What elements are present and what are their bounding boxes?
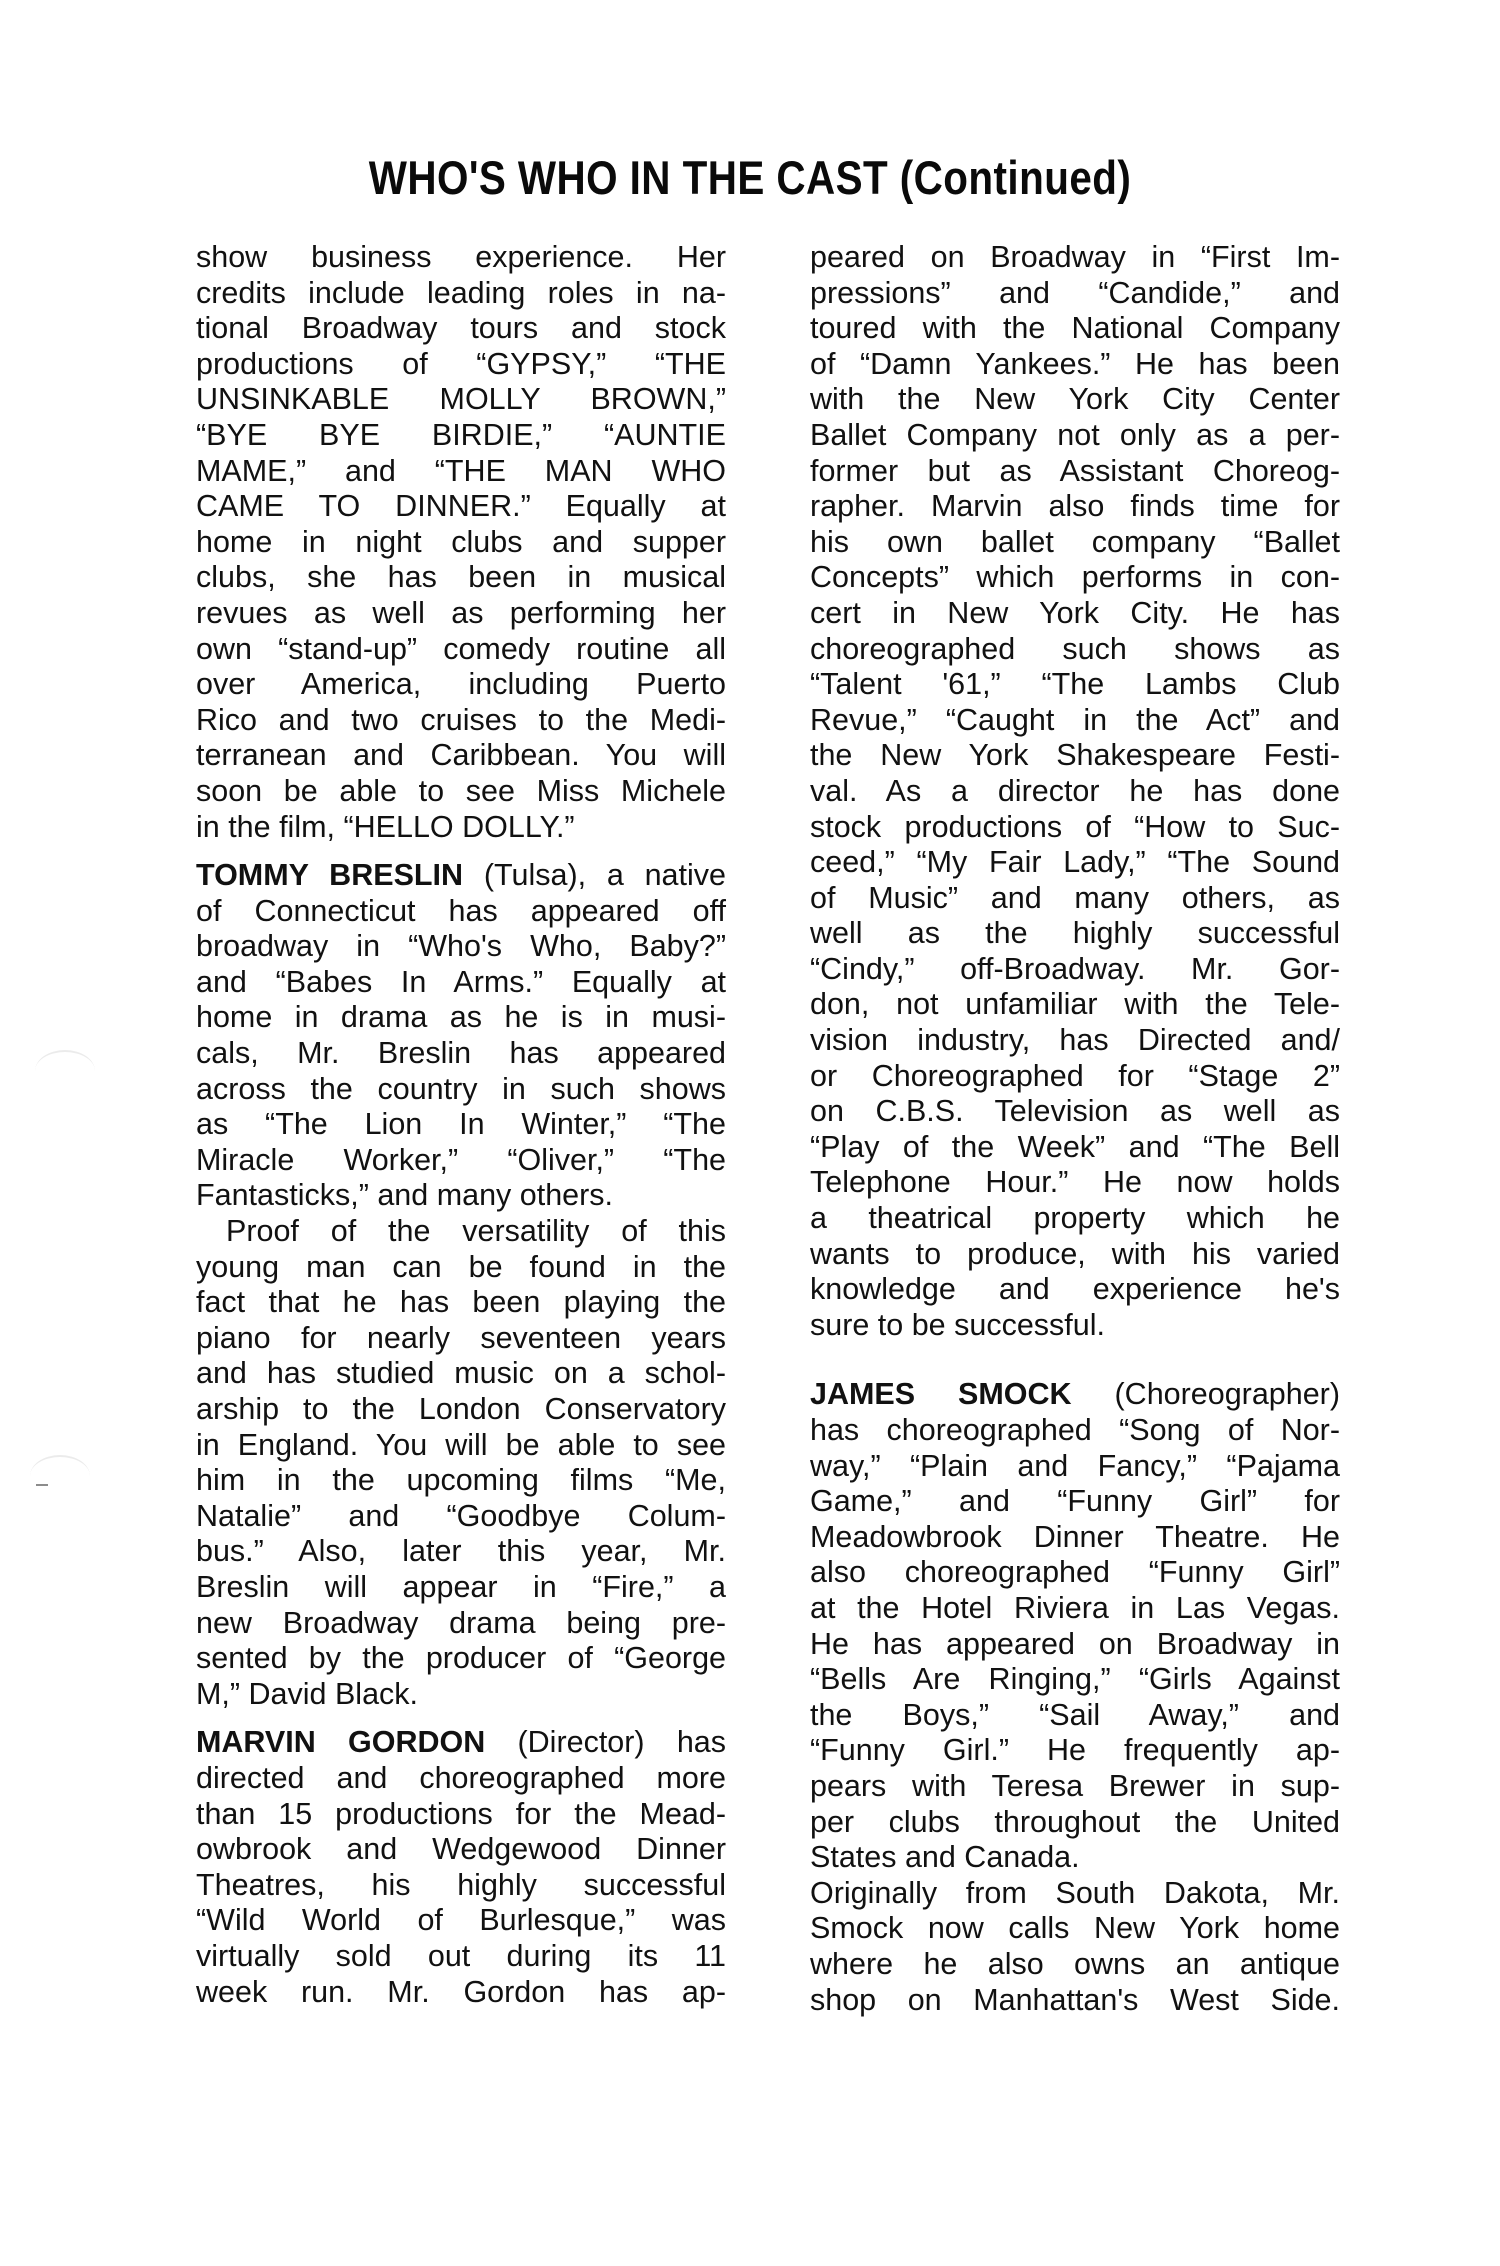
text-line: of Connecticut has appeared off [196, 894, 726, 930]
text-line: way,” “Plain and Fancy,” “Pajama [810, 1449, 1340, 1485]
text-line: tional Broadway tours and stock [196, 311, 726, 347]
smock-bio: JAMES SMOCK (Choreographer) has choreogr… [810, 1377, 1340, 2018]
text-line: his own ballet company “Ballet [810, 525, 1340, 561]
text-line: where he also owns an antique [810, 1947, 1340, 1983]
text-line: Fantasticks,” and many others. [196, 1178, 726, 1214]
text-line: show business experience. Her [196, 240, 726, 276]
text-line: with the New York City Center [810, 382, 1340, 418]
text-line: as “The Lion In Winter,” “The [196, 1107, 726, 1143]
cast-role: (Tulsa), a native [484, 858, 726, 892]
text-line: Game,” and “Funny Girl” for [810, 1484, 1340, 1520]
scan-artifact [36, 1484, 48, 1486]
text-line: arship to the London Conservatory [196, 1392, 726, 1428]
text-line: new Broadway drama being pre- [196, 1606, 726, 1642]
text-line: “Cindy,” off-Broadway. Mr. Gor- [810, 952, 1340, 988]
text-line: fact that he has been playing the [196, 1285, 726, 1321]
text-line: in the film, “HELLO DOLLY.” [196, 810, 726, 846]
text-line: has choreographed “Song of Nor- [810, 1413, 1340, 1449]
cast-role: (Director) has [518, 1725, 727, 1759]
text-line: terranean and Caribbean. You will [196, 738, 726, 774]
punch-hole-mark [35, 1050, 95, 1092]
text-line: “Play of the Week” and “The Bell [810, 1130, 1340, 1166]
text-line: Ballet Company not only as a per- [810, 418, 1340, 454]
left-column: show business experience. Her credits in… [196, 240, 726, 2010]
gordon-bio-continued: peared on Broadway in “First Im- pressio… [810, 240, 1340, 1343]
text-line: MAME,” and “THE MAN WHO [196, 454, 726, 490]
text-line: cert in New York City. He has [810, 596, 1340, 632]
cast-role: (Choreographer) [1115, 1377, 1340, 1411]
text-line: well as the highly successful [810, 916, 1340, 952]
text-line: He has appeared on Broadway in [810, 1627, 1340, 1663]
text-line: sented by the producer of “George [196, 1641, 726, 1677]
text-line: clubs, she has been in musical [196, 560, 726, 596]
text-line: cals, Mr. Breslin has appeared [196, 1036, 726, 1072]
text-line: own “stand-up” comedy routine all [196, 632, 726, 668]
text-line: broadway in “Who's Who, Baby?” [196, 929, 726, 965]
bio-first-line: JAMES SMOCK (Choreographer) [810, 1377, 1340, 1413]
text-line: over America, including Puerto [196, 667, 726, 703]
bio-first-line: MARVIN GORDON (Director) has [196, 1725, 726, 1761]
cast-name: TOMMY BRESLIN [196, 858, 463, 892]
text-line: Meadowbrook Dinner Theatre. He [810, 1520, 1340, 1556]
text-line: week run. Mr. Gordon has ap- [196, 1975, 726, 2011]
text-line: of “Damn Yankees.” He has been [810, 347, 1340, 383]
text-line: him in the upcoming films “Me, [196, 1463, 726, 1499]
text-line: on C.B.S. Television as well as [810, 1094, 1340, 1130]
cast-name: MARVIN GORDON [196, 1725, 485, 1759]
text-line: revues as well as performing her [196, 596, 726, 632]
text-line: Theatres, his highly successful [196, 1868, 726, 1904]
text-line: Telephone Hour.” He now holds [810, 1165, 1340, 1201]
gordon-bio: MARVIN GORDON (Director) has directed an… [196, 1725, 726, 2010]
text-line: Miracle Worker,” “Oliver,” “The [196, 1143, 726, 1179]
text-line: toured with the National Company [810, 311, 1340, 347]
punch-hole-mark [30, 1455, 90, 1497]
text-line: also choreographed “Funny Girl” [810, 1555, 1340, 1591]
text-line: of Music” and many others, as [810, 881, 1340, 917]
page-title: WHO'S WHO IN THE CAST (Continued) [105, 150, 1395, 205]
text-line: ceed,” “My Fair Lady,” “The Sound [810, 845, 1340, 881]
text-line: Originally from South Dakota, Mr. [810, 1876, 1340, 1912]
text-line: wants to produce, with his varied [810, 1237, 1340, 1273]
text-line: knowledge and experience he's [810, 1272, 1340, 1308]
text-line: young man can be found in the [196, 1250, 726, 1286]
text-line: M,” David Black. [196, 1677, 726, 1713]
text-line: home in night clubs and supper [196, 525, 726, 561]
text-line: bus.” Also, later this year, Mr. [196, 1534, 726, 1570]
text-line: pears with Teresa Brewer in sup- [810, 1769, 1340, 1805]
text-line: per clubs throughout the United [810, 1805, 1340, 1841]
text-line: credits include leading roles in na- [196, 276, 726, 312]
text-line: or Choreographed for “Stage 2” [810, 1059, 1340, 1095]
text-line: across the country in such shows [196, 1072, 726, 1108]
text-line: UNSINKABLE MOLLY BROWN,” [196, 382, 726, 418]
text-line: sure to be successful. [810, 1308, 1340, 1344]
text-line: don, not unfamiliar with the Tele- [810, 987, 1340, 1023]
cast-name: JAMES SMOCK [810, 1377, 1072, 1411]
text-line: home in drama as he is in musi- [196, 1000, 726, 1036]
text-line: “Wild World of Burlesque,” was [196, 1903, 726, 1939]
text-line: “BYE BYE BIRDIE,” “AUNTIE [196, 418, 726, 454]
text-line: Breslin will appear in “Fire,” a [196, 1570, 726, 1606]
text-line: val. As a director he has done [810, 774, 1340, 810]
text-line: shop on Manhattan's West Side. [810, 1983, 1340, 2019]
text-line: the New York Shakespeare Festi- [810, 738, 1340, 774]
text-line: Smock now calls New York home [810, 1911, 1340, 1947]
text-line: stock productions of “How to Suc- [810, 810, 1340, 846]
michele-bio-continued: show business experience. Her credits in… [196, 240, 726, 845]
text-line: “Bells Are Ringing,” “Girls Against [810, 1662, 1340, 1698]
text-line: Proof of the versatility of this [196, 1214, 726, 1250]
text-line: “Funny Girl.” He frequently ap- [810, 1733, 1340, 1769]
text-line: rapher. Marvin also finds time for [810, 489, 1340, 525]
text-line: owbrook and Wedgewood Dinner [196, 1832, 726, 1868]
text-line: in England. You will be able to see [196, 1428, 726, 1464]
text-line: “Talent '61,” “The Lambs Club [810, 667, 1340, 703]
text-line: former but as Assistant Choreog- [810, 454, 1340, 490]
text-line: States and Canada. [810, 1840, 1340, 1876]
text-line: choreographed such shows as [810, 632, 1340, 668]
text-line: Revue,” “Caught in the Act” and [810, 703, 1340, 739]
text-line: piano for nearly seventeen years [196, 1321, 726, 1357]
text-line: and “Babes In Arms.” Equally at [196, 965, 726, 1001]
text-line: vision industry, has Directed and/ [810, 1023, 1340, 1059]
text-line: a theatrical property which he [810, 1201, 1340, 1237]
bio-first-line: TOMMY BRESLIN (Tulsa), a native [196, 858, 726, 894]
text-line: virtually sold out during its 11 [196, 1939, 726, 1975]
text-line: Rico and two cruises to the Medi- [196, 703, 726, 739]
text-line: pressions” and “Candide,” and [810, 276, 1340, 312]
text-line: and has studied music on a schol- [196, 1356, 726, 1392]
text-line: Concepts” which performs in con- [810, 560, 1340, 596]
text-line: peared on Broadway in “First Im- [810, 240, 1340, 276]
text-line: at the Hotel Riviera in Las Vegas. [810, 1591, 1340, 1627]
right-column: peared on Broadway in “First Im- pressio… [810, 240, 1340, 2018]
text-line: productions of “GYPSY,” “THE [196, 347, 726, 383]
text-line: CAME TO DINNER.” Equally at [196, 489, 726, 525]
text-line: the Boys,” “Sail Away,” and [810, 1698, 1340, 1734]
text-line: soon be able to see Miss Michele [196, 774, 726, 810]
breslin-bio: TOMMY BRESLIN (Tulsa), a native of Conne… [196, 858, 726, 1712]
text-line: Natalie” and “Goodbye Colum- [196, 1499, 726, 1535]
text-line: directed and choreographed more [196, 1761, 726, 1797]
text-line: than 15 productions for the Mead- [196, 1797, 726, 1833]
